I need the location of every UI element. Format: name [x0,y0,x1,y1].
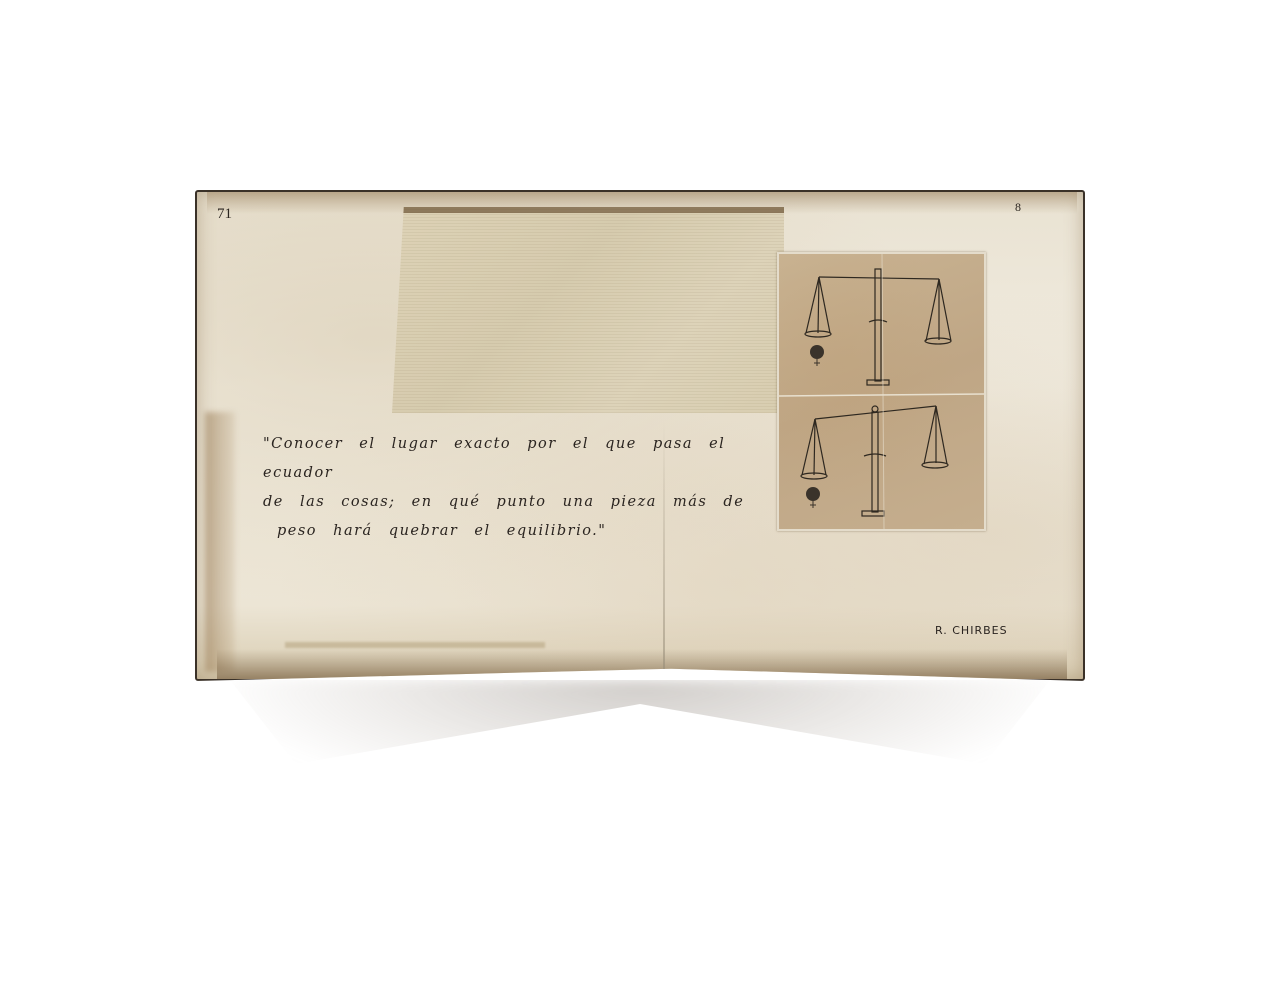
author-signature: R. CHIRBES [935,624,1008,637]
paper-tape-collage [392,207,784,413]
quote-line: peso hará quebrar el equilibrio." [263,517,753,546]
faded-stripe [285,642,545,648]
quote-line: de las cosas; en qué punto una pieza más… [263,488,753,517]
bottom-edge-stain [217,649,1067,679]
open-book: 71 8 [195,190,1085,681]
balance-scale-illustration [777,252,986,531]
page-number-left: 71 [217,206,232,223]
left-edge-stain [205,412,235,672]
balance-scales-icon [779,254,984,529]
handwritten-quote: "Conocer el lugar exacto por el que pasa… [263,430,753,546]
page-number-right: 8 [1015,200,1021,215]
quote-line: "Conocer el lugar exacto por el que pasa… [263,430,753,488]
book-shadow [230,680,1050,800]
